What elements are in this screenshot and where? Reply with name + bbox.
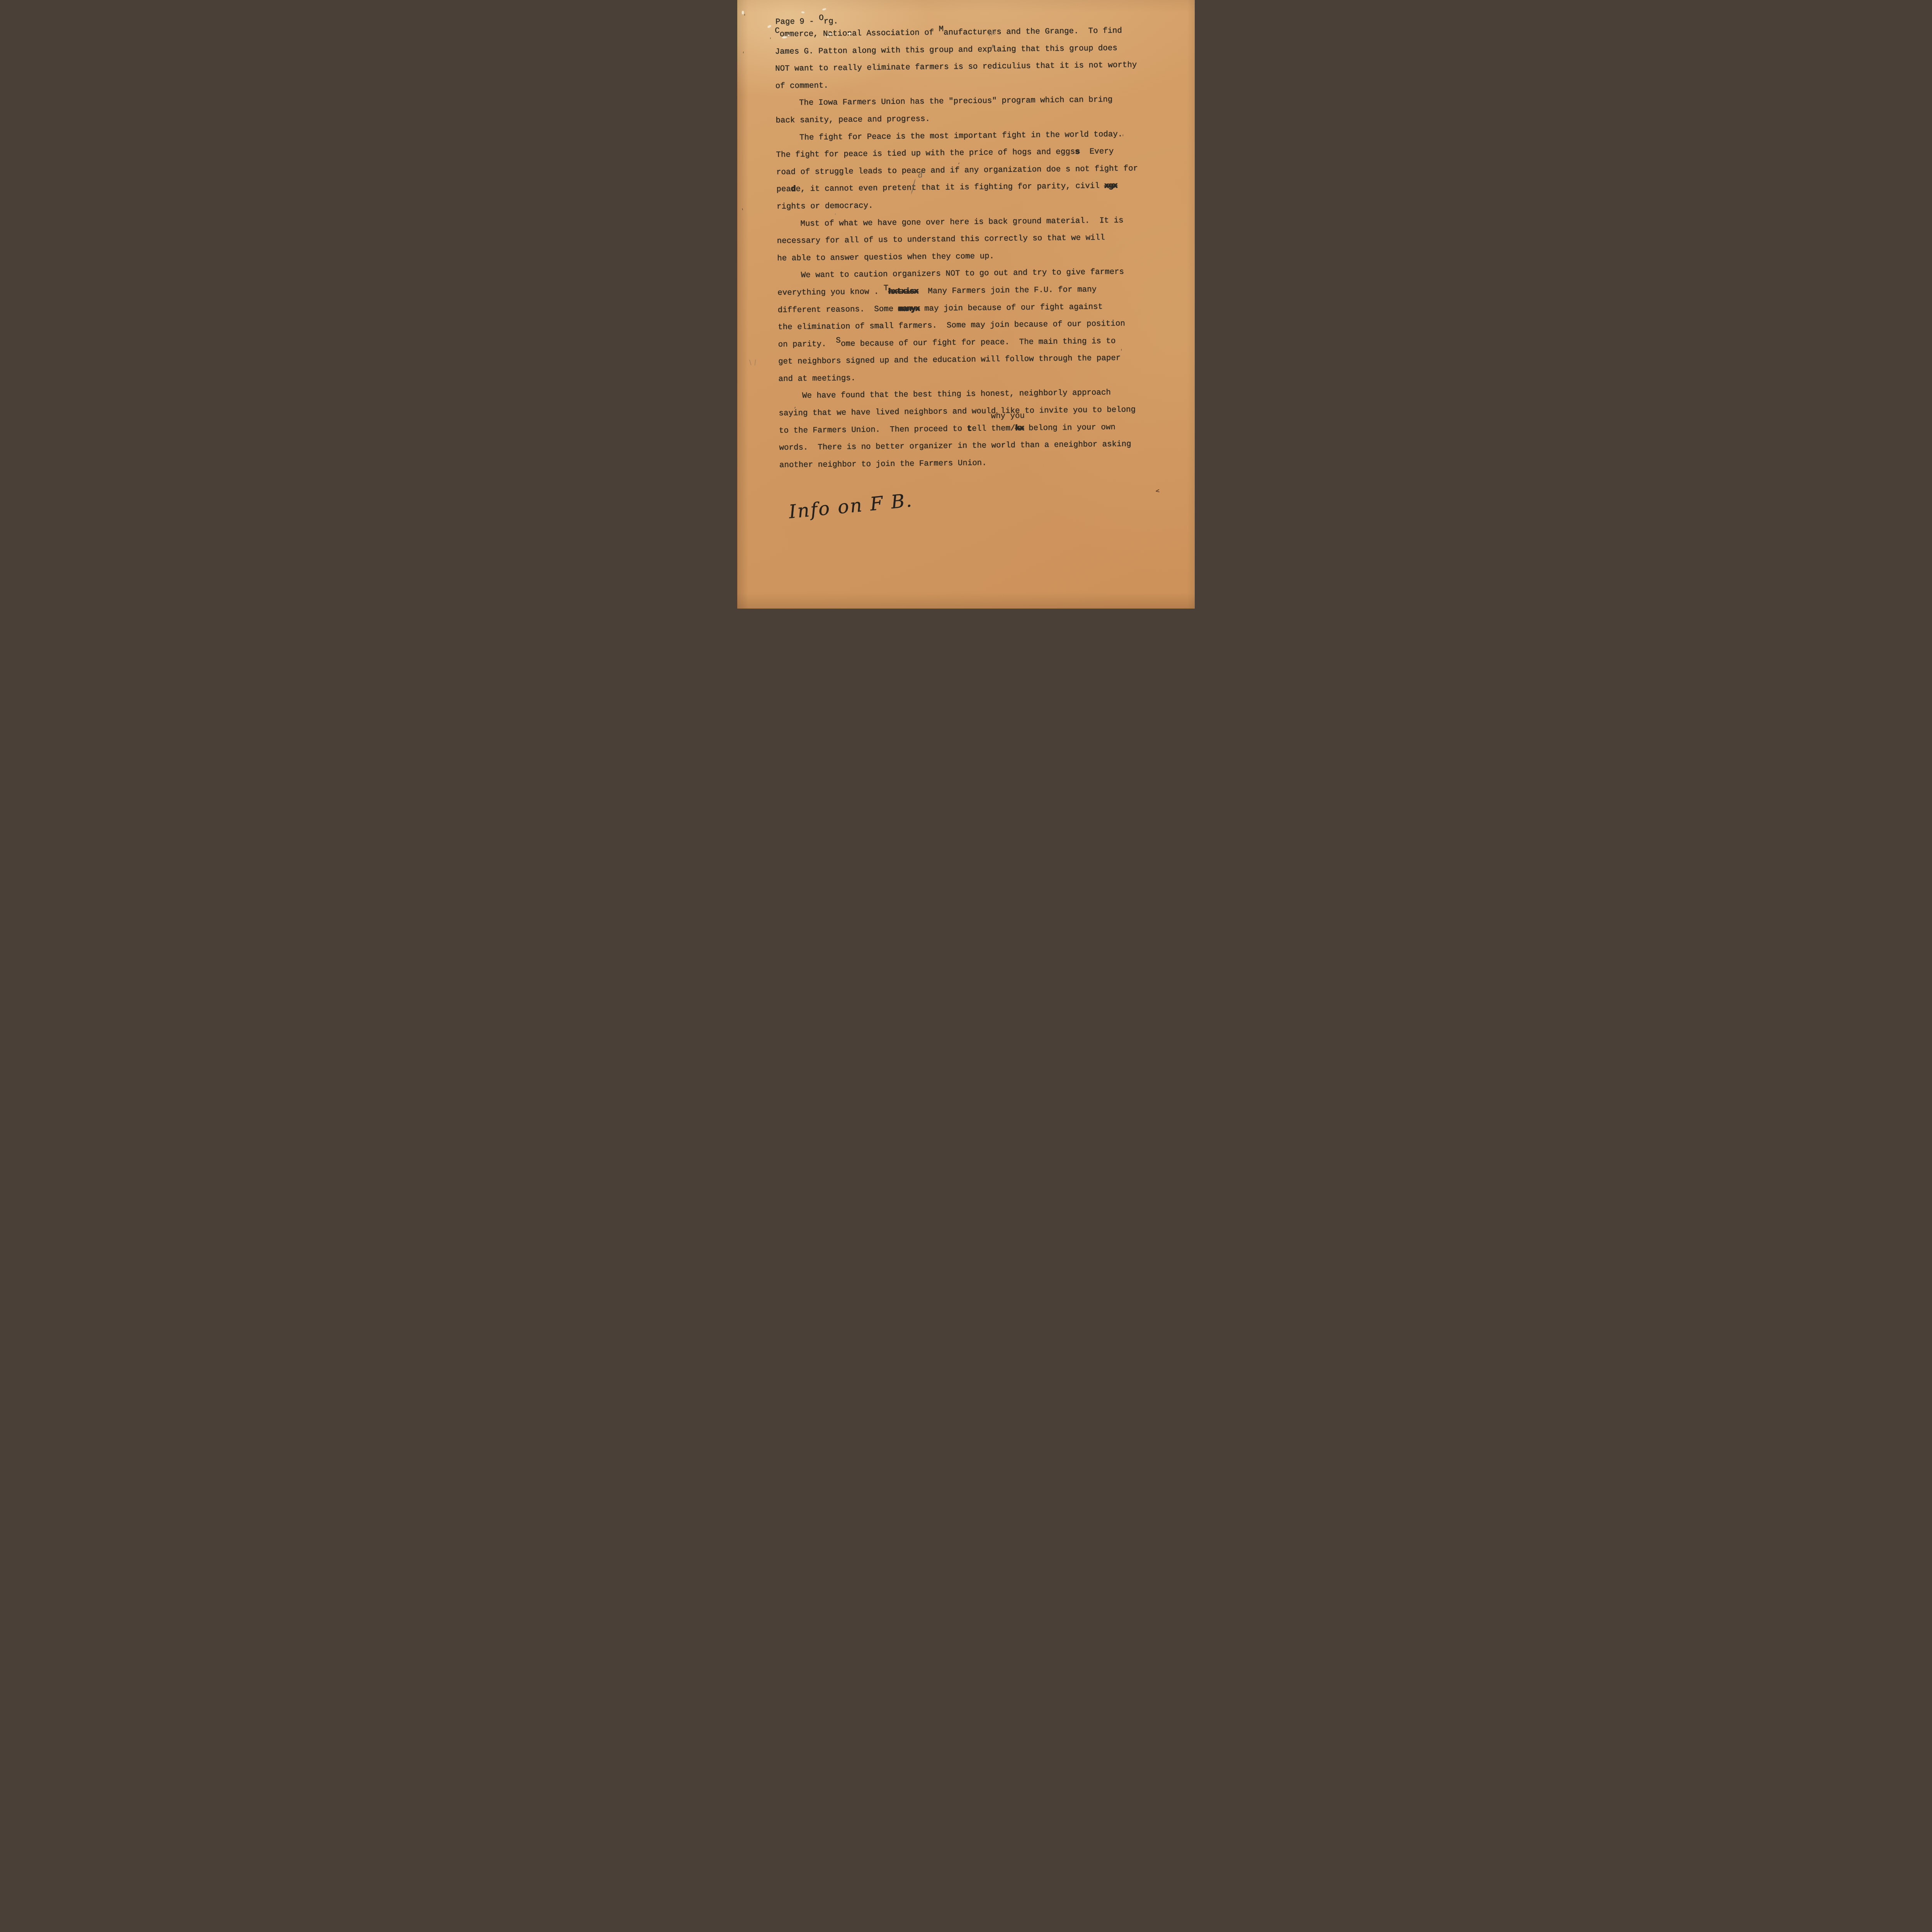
text-run: The fight for peace is tied up with the … [776,148,1075,160]
raised-char: S [836,336,841,345]
text-run: The fight for Peace is the most importan… [799,130,1122,142]
typed-text-block: Page 9 - Org.Commerce, National Associat… [737,22,1195,475]
text-run: Many Farmers join the F.U. for many [918,285,1097,296]
paper-damage-speck [801,11,805,14]
text-run: NOT want to really eliminate farmers is … [775,61,1137,73]
text-run: rg. [824,17,838,26]
stray-mark: < [1155,488,1160,494]
raised-char: T [884,284,889,293]
raised-char: C [775,27,780,36]
text-run: the elimination of small farmers. Some m… [778,320,1125,332]
raised-char: O [819,14,824,23]
overtyped-char: s [1075,148,1080,156]
paper-damage-speck [827,36,829,37]
text-run: Every [1080,147,1114,156]
stray-mark: , [958,158,960,165]
stray-mark: / [827,375,829,382]
stray-mark: ' [1121,348,1122,355]
text-run: Must of what we have gone over here is b… [800,216,1123,228]
typed-interline-why-you: why you [991,412,1025,421]
paper-damage-speck [742,11,744,14]
text-run: Page 9 - [776,17,819,27]
text-run: ome because of our fight for peace. The … [841,337,1116,348]
text-run: back sanity, peace and progress. [776,115,930,125]
stray-mark: ' [744,13,746,20]
text-run: e, it cannot even preten [796,184,912,194]
text-run: road of struggle leads to peace and if a… [776,164,1138,177]
text-run: ell them/ [972,424,1015,433]
text-run: anufacturers and the Grange. To find [944,27,1122,37]
text-run: The Iowa Farmers Union has the "precious… [799,95,1112,107]
text-run: another neighbor to join the Farmers Uni… [779,459,987,470]
text-run: of comment. [776,81,829,90]
struck-out-text: hxtxisx [888,287,918,296]
overtyped-char: d [791,185,796,194]
stray-mark: , [794,402,796,410]
text-run: and at meetings. [778,374,855,384]
text-run: may join because of our fight against [919,303,1102,313]
text-run: on parity. [778,340,836,349]
stray-mark: / [836,374,838,380]
text-run: We want to caution organizers NOT to go … [801,268,1124,280]
struck-out-text: xgx [1104,182,1117,190]
text-run: belong in your own [1024,423,1115,432]
raised-char: M [939,25,944,34]
pencil-caret: ∧ [990,43,995,50]
stray-mark: \ [749,359,751,366]
page-header-line: Page 9 - Org. [776,13,838,31]
overtyped-char: t [967,424,972,433]
stray-mark: ' [1122,133,1124,141]
text-run: to the Farmers Union. Then proceed to [779,425,967,435]
slashed-char: t [912,184,917,193]
text-run: everything you know . [777,287,884,298]
text-run: saying that we have lived neighbors and … [779,405,1136,418]
text-run: James G. Patton along with this group an… [775,44,1117,56]
text-run: he able to answer questios when they com… [777,252,994,263]
stray-mark: ' [770,37,771,43]
struck-out-text: kx [1015,424,1024,433]
document-page: Page 9 - Org.Commerce, National Associat… [737,0,1195,609]
paper-damage-speck [829,33,832,35]
text-run: pea [776,185,791,194]
paper-damage-speck [822,8,827,10]
text-run: We have found that the best thing is hon… [802,388,1111,400]
text-run: words. There is no better organizer in t… [779,440,1131,453]
handwritten-note: Info on F B. [788,490,914,523]
struck-out-text: manyx [898,304,920,314]
text-run: rights or democracy. [777,201,873,211]
text-run: different reasons. Some [778,304,898,315]
text-run: necessary for all of us to understand th… [777,233,1105,246]
text-run: get neighbors signed up and the educatio… [778,354,1121,366]
text-run: that it is fighting for parity, civil [916,182,1104,192]
